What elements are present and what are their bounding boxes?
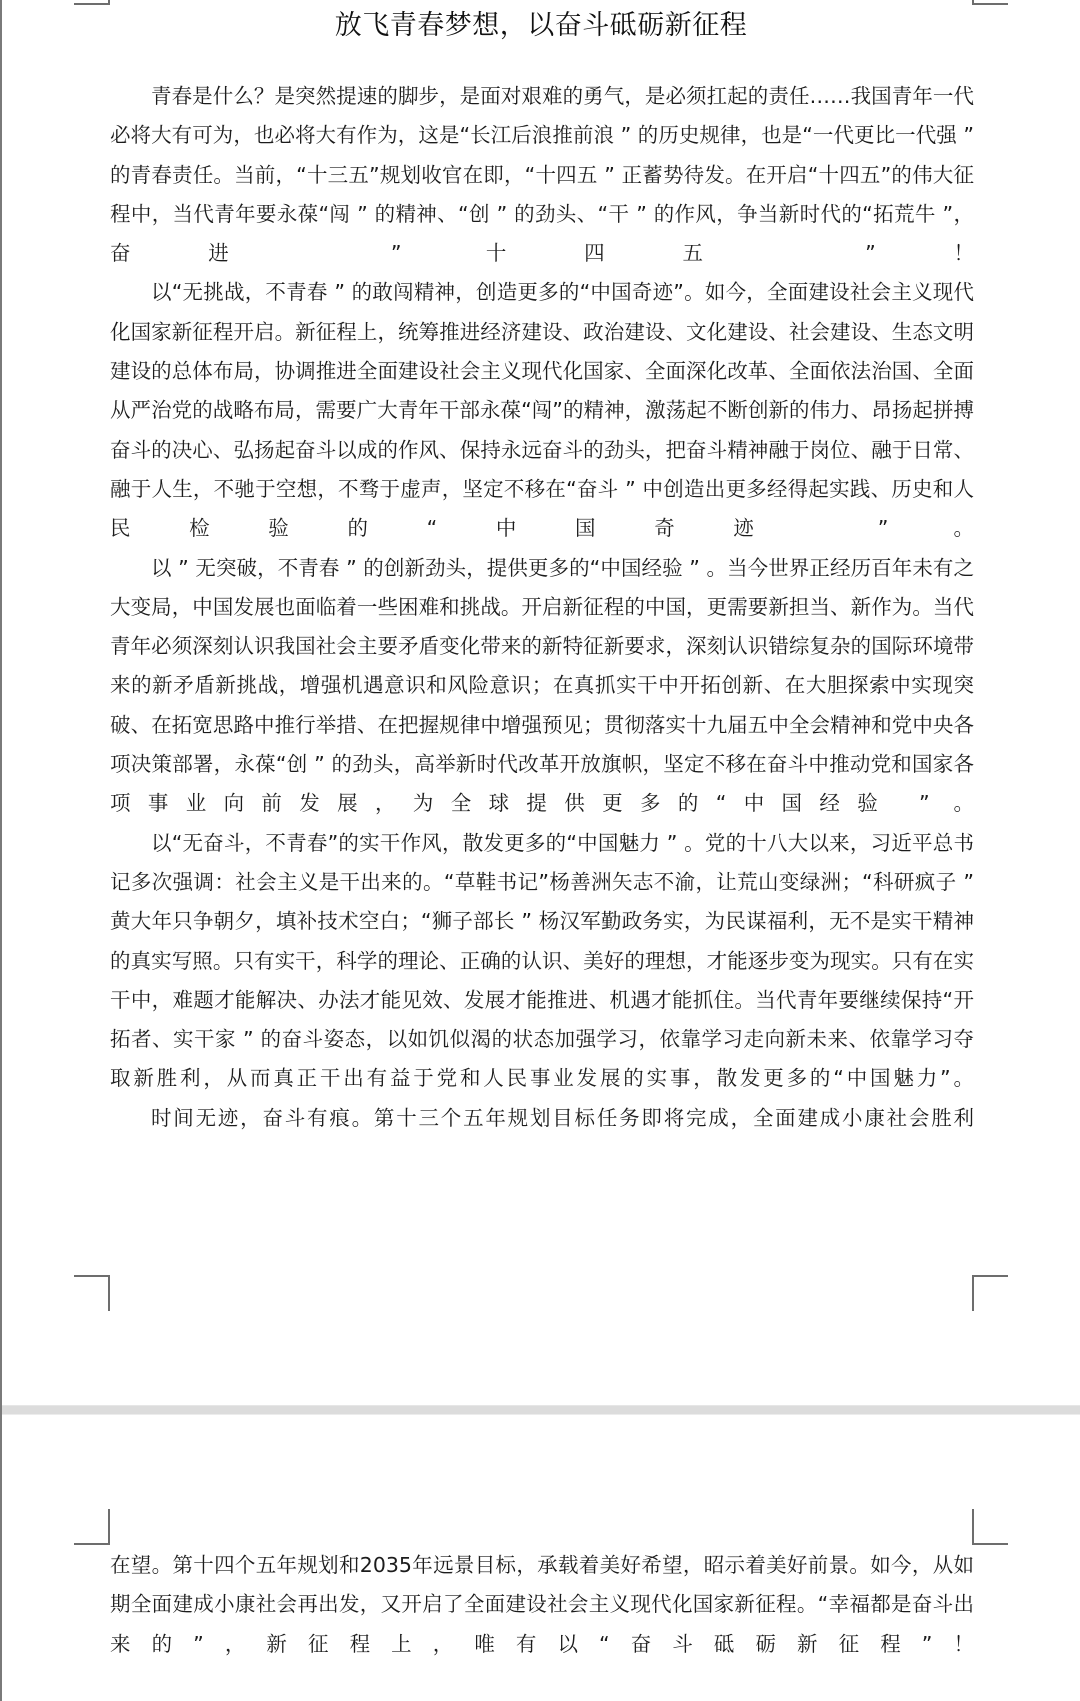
margin-corner-mark-top-right: [972, 0, 1008, 5]
paragraph: 以“无挑战，不青春 ” 的敢闯精神，创造更多的“中国奇迹”。如今，全面建设社会主…: [110, 273, 974, 548]
document-page-1[interactable]: 放飞青春梦想，以奋斗砥砺新征程 青春是什么？是突然提速的脚步，是面对艰难的勇气，…: [2, 0, 1080, 1405]
page-2-body: 在望。第十四个五年规划和2035年远景目标，承载着美好希望，昭示着美好前景。如今…: [110, 1546, 974, 1664]
paragraph: 以 ” 无突破，不青春 ” 的创新劲头，提供更多的“中国经验 ” 。当今世界正经…: [110, 549, 974, 824]
paragraph: 以“无奋斗，不青春”的实干作风，散发更多的“中国魅力 ” 。党的十八大以来，习近…: [110, 824, 974, 1099]
margin-corner-mark-top-left: [74, 1509, 110, 1545]
page-separator: [2, 1405, 1080, 1415]
document-page-2[interactable]: 在望。第十四个五年规划和2035年远景目标，承载着美好希望，昭示着美好前景。如今…: [2, 1415, 1080, 1701]
document-title: 放飞青春梦想，以奋斗砥砺新征程: [2, 8, 1080, 44]
paragraph-continuation: 在望。第十四个五年规划和2035年远景目标，承载着美好希望，昭示着美好前景。如今…: [110, 1546, 974, 1664]
page-1-body: 青春是什么？是突然提速的脚步，是面对艰难的勇气，是必须扛起的责任……我国青年一代…: [110, 77, 974, 1138]
paragraph: 青春是什么？是突然提速的脚步，是面对艰难的勇气，是必须扛起的责任……我国青年一代…: [110, 77, 974, 273]
margin-corner-mark-top-right: [972, 1509, 1008, 1545]
margin-corner-mark-bottom-right: [972, 1275, 1008, 1311]
margin-corner-mark-bottom-left: [74, 1275, 110, 1311]
margin-corner-mark-top-left: [74, 0, 110, 5]
paragraph: 时间无迹，奋斗有痕。第十三个五年规划目标任务即将完成，全面建成小康社会胜利: [110, 1099, 974, 1138]
